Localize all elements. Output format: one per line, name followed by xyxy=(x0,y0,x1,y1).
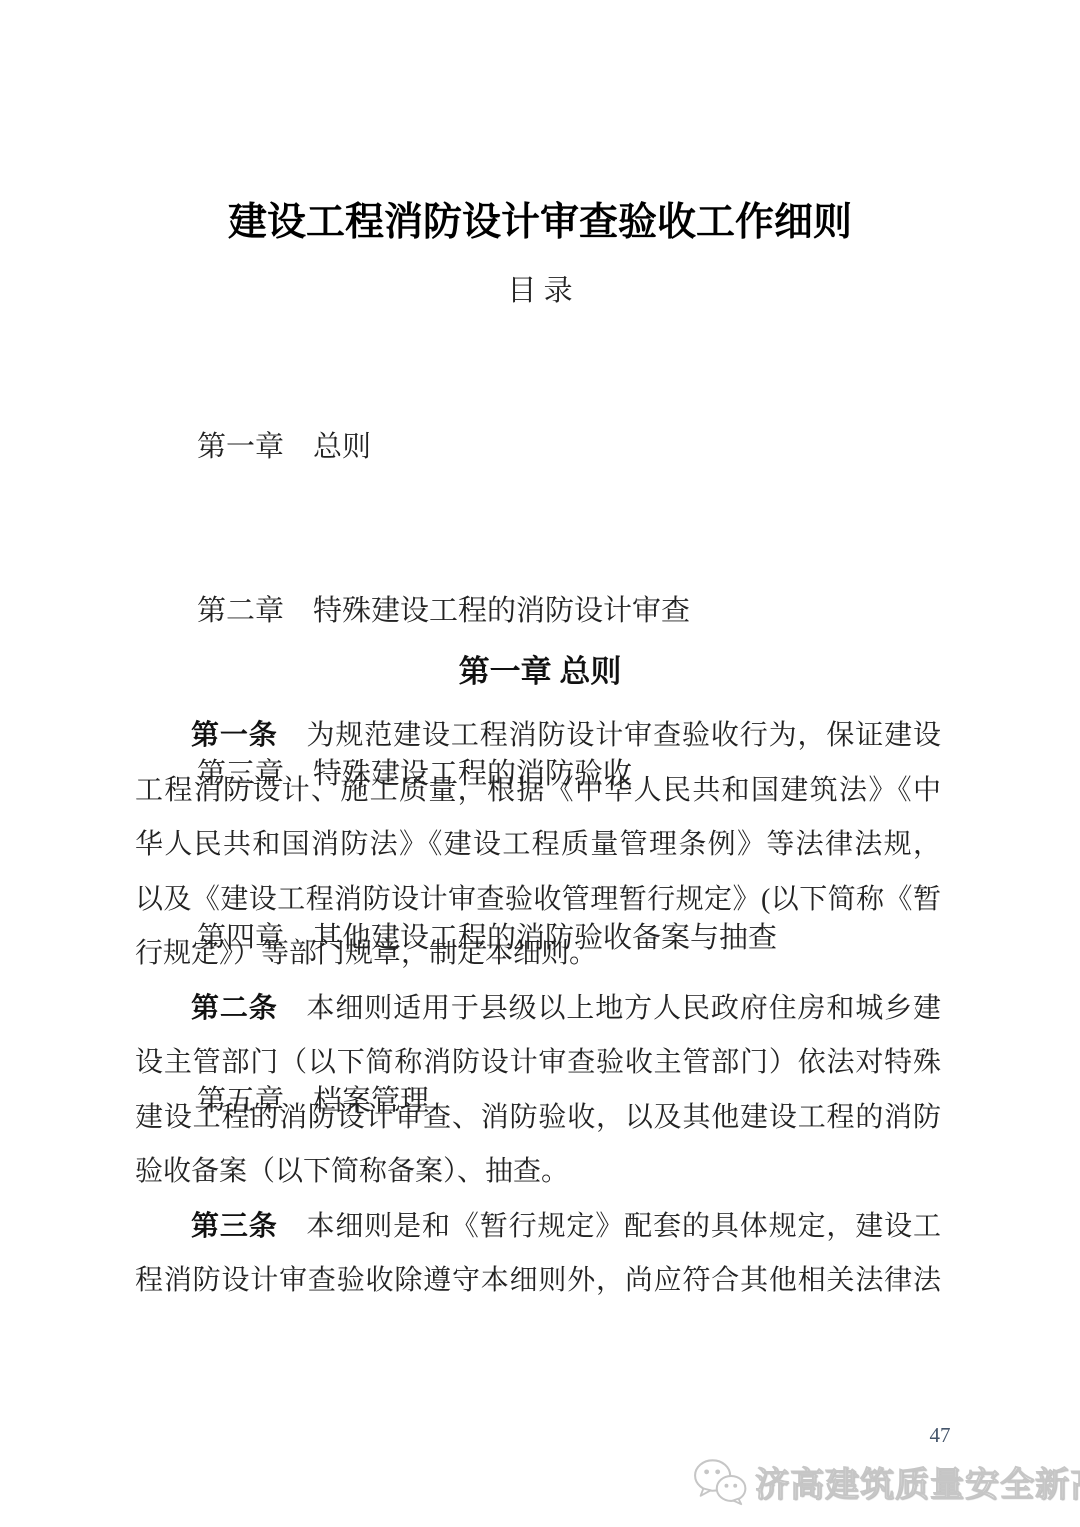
paragraph-line: 以及《建设工程消防设计审查验收管理暂行规定》(以下简称《暂 xyxy=(135,873,941,928)
article2-text: 本细则适用于县级以上地方人民政府住房和城乡建 xyxy=(278,993,941,1024)
article3-text: 本细则是和《暂行规定》配套的具体规定，建设工 xyxy=(278,1211,941,1242)
toc-heading: 目 录 xyxy=(0,268,1080,309)
page-number: 47 xyxy=(908,1423,972,1448)
paragraph-line: 第一条 为规范建设工程消防设计审查验收行为，保证建设 xyxy=(135,709,941,764)
article3-term: 第三条 xyxy=(191,1211,278,1242)
footer-watermark: 济高建筑质量安全新高地 xyxy=(692,1457,1080,1506)
paragraph-line: 建设工程的消防设计审查、消防验收，以及其他建设工程的消防 xyxy=(135,1091,941,1146)
paragraph-line: 行规定》）等部门规章，制定本细则。 xyxy=(135,927,941,982)
toc-item-chapter1: 第一章 总则 xyxy=(197,420,777,475)
paragraph-line: 验收备案（以下简称备案）、抽查。 xyxy=(135,1145,941,1200)
paragraph-line: 设主管部门（以下简称消防设计审查验收主管部门）依法对特殊 xyxy=(135,1036,941,1091)
document-body: 第一条 为规范建设工程消防设计审查验收行为，保证建设 工程消防设计、施工质量，根… xyxy=(135,709,941,1309)
paragraph-line: 第三条 本细则是和《暂行规定》配套的具体规定，建设工 xyxy=(135,1200,941,1255)
paragraph-line: 华人民共和国消防法》《建设工程质量管理条例》等法律法规， xyxy=(135,818,941,873)
article1-term: 第一条 xyxy=(191,720,278,751)
watermark-text: 济高建筑质量安全新高地 xyxy=(755,1457,1080,1506)
paragraph-line: 程消防设计审查验收除遵守本细则外，尚应符合其他相关法律法 xyxy=(135,1254,941,1309)
chapter1-heading: 第一章 总则 xyxy=(0,646,1080,691)
document-title: 建设工程消防设计审查验收工作细则 xyxy=(0,191,1080,247)
paragraph-line: 工程消防设计、施工质量，根据《中华人民共和国建筑法》《中 xyxy=(135,764,941,819)
article2-term: 第二条 xyxy=(191,993,278,1024)
article1-text: 为规范建设工程消防设计审查验收行为，保证建设 xyxy=(278,720,941,751)
document-page: 建设工程消防设计审查验收工作细则 目 录 第一章 总则 第二章 特殊建设工程的消… xyxy=(0,0,1080,1527)
paragraph-line: 第二条 本细则适用于县级以上地方人民政府住房和城乡建 xyxy=(135,982,941,1037)
toc-item-chapter2: 第二章 特殊建设工程的消防设计审查 xyxy=(197,584,777,639)
wechat-icon xyxy=(692,1458,748,1506)
